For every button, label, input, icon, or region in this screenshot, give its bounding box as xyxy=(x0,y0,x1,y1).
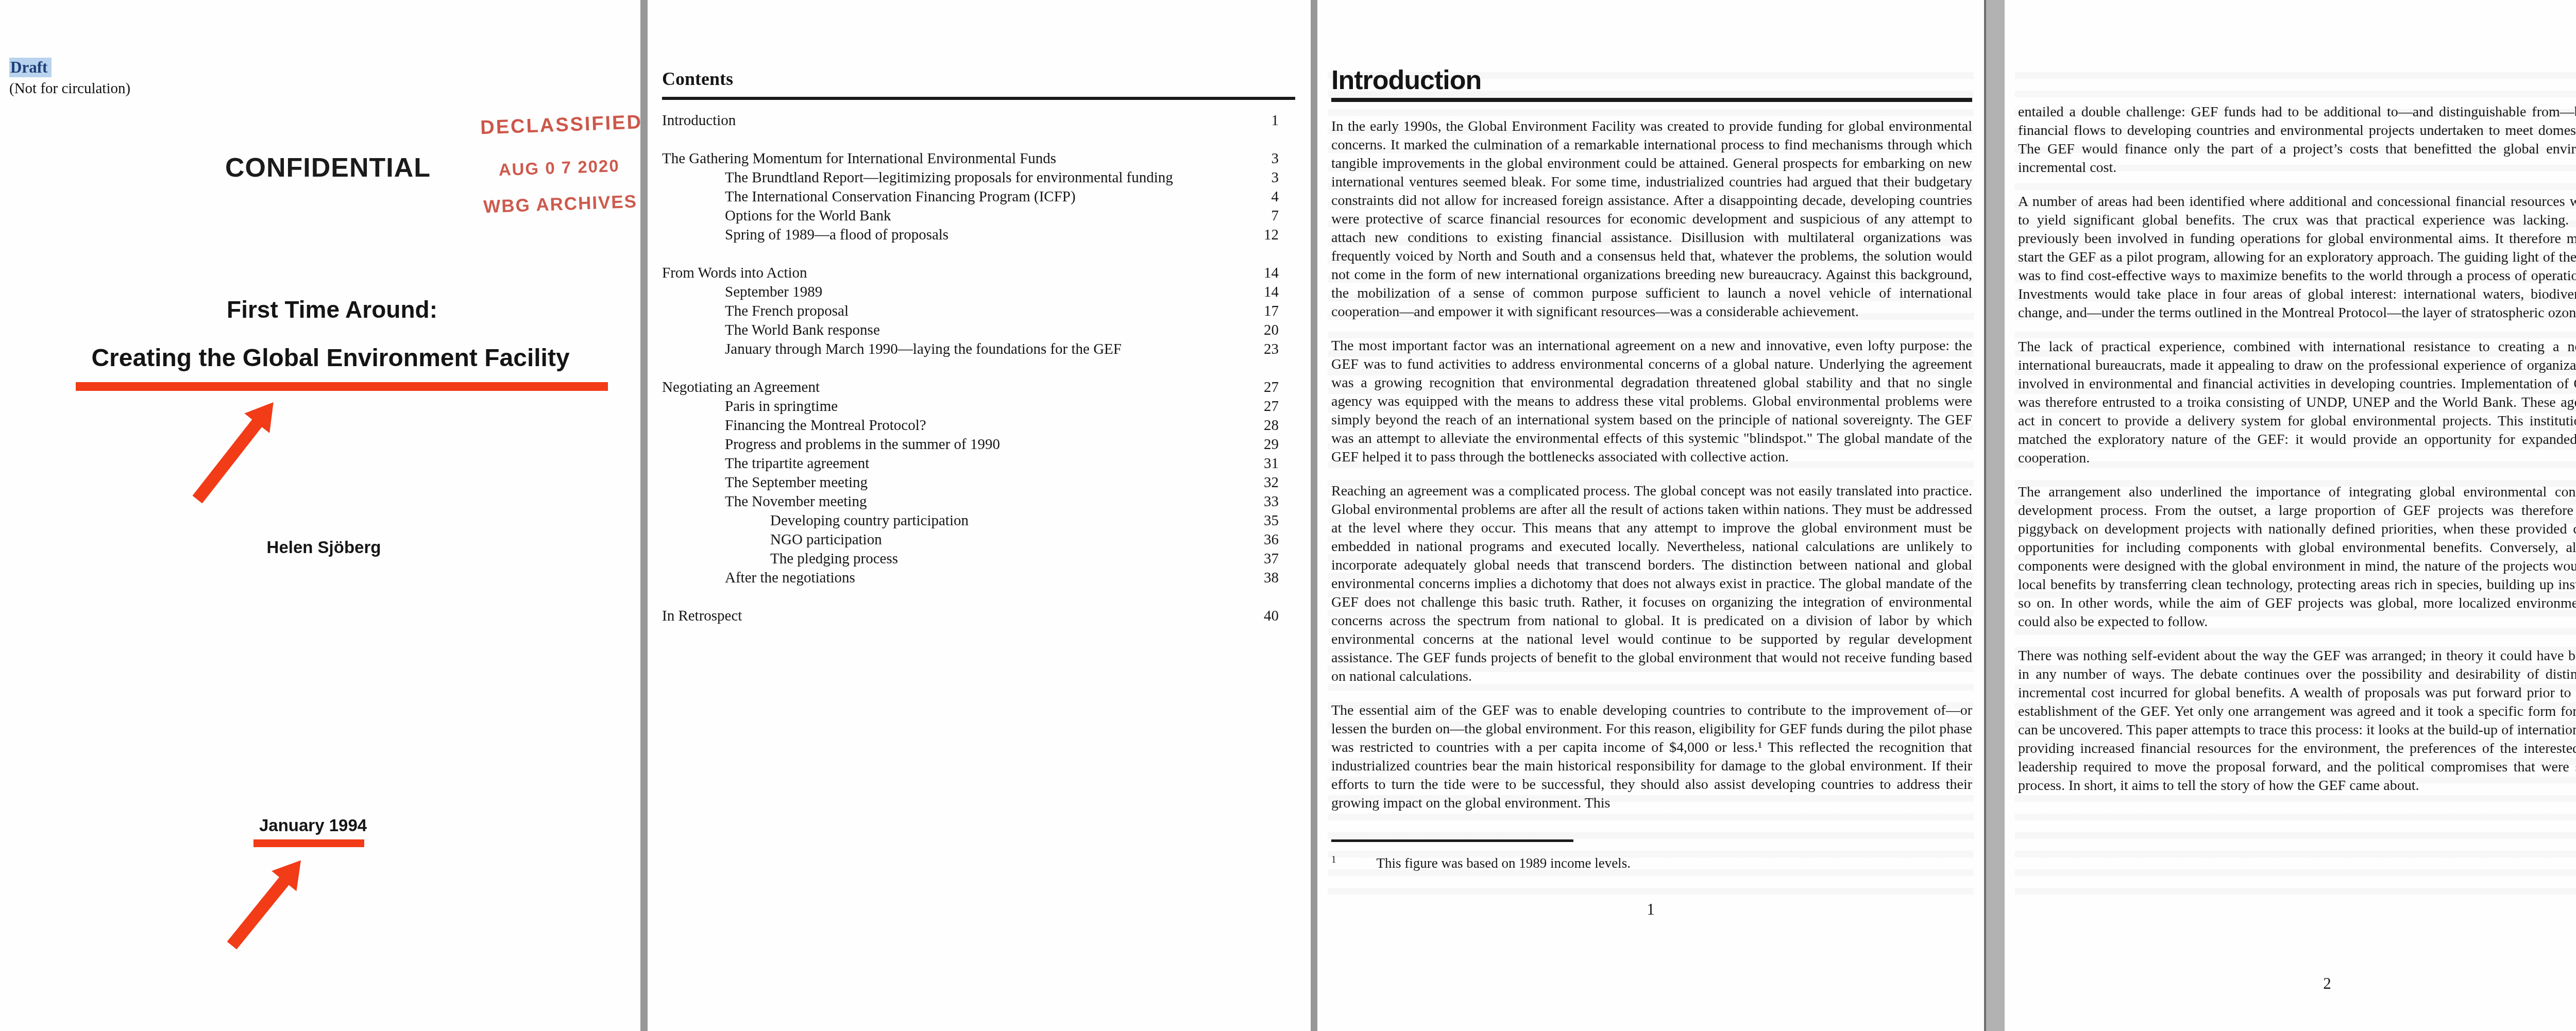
paragraph: The most important factor was an interna… xyxy=(1331,337,1972,467)
toc-page-number: 35 xyxy=(1232,511,1295,530)
toc-page-number: 28 xyxy=(1232,416,1295,435)
introduction-page-2: entailed a double challenge: GEF funds h… xyxy=(2005,0,2576,1031)
declassified-stamp-date: AUG 0 7 2020 xyxy=(482,156,637,180)
scanned-document-viewer: Draft (Not for circulation) CONFIDENTIAL… xyxy=(0,0,2576,1031)
declassified-stamp: DECLASSIFIED AUG 0 7 2020 WBG ARCHIVES xyxy=(480,112,638,217)
paragraph: entailed a double challenge: GEF funds h… xyxy=(2018,103,2576,177)
toc-entry: Progress and problems in the summer of 1… xyxy=(662,435,1295,454)
wbg-archives-stamp-text: WBG ARCHIVES xyxy=(483,192,638,217)
draft-label: Draft xyxy=(9,58,52,77)
paragraph: In the early 1990s, the Global Environme… xyxy=(1331,117,1972,321)
introduction-body: Introduction In the early 1990s, the Glo… xyxy=(1331,71,1972,813)
date-red-underline xyxy=(253,839,364,847)
toc-page-number: 1 xyxy=(1232,111,1295,130)
toc-entry: The pledging process37 xyxy=(662,549,1295,569)
introduction-page-1: Introduction In the early 1990s, the Glo… xyxy=(1317,0,1984,1031)
toc-page-number: 23 xyxy=(1232,340,1295,359)
introduction-heading: Introduction xyxy=(1331,71,1972,90)
page-number: 1 xyxy=(1317,900,1984,919)
toc-page-number: 40 xyxy=(1232,607,1295,626)
toc-page-number: 33 xyxy=(1232,492,1295,511)
toc-page-number: 7 xyxy=(1232,207,1295,226)
footnote-rule xyxy=(1331,839,1573,842)
toc-entry: Financing the Montreal Protocol?28 xyxy=(662,416,1295,435)
toc-page-number: 14 xyxy=(1232,264,1295,283)
paragraph: There was nothing self-evident about the… xyxy=(2018,647,2576,795)
paragraph: The arrangement also underlined the impo… xyxy=(2018,483,2576,631)
toc-page-number: 12 xyxy=(1232,226,1295,245)
toc-entry: The World Bank response20 xyxy=(662,321,1295,340)
toc-entry: Options for the World Bank7 xyxy=(662,207,1295,226)
title-line-1: First Time Around: xyxy=(0,296,640,323)
toc-entry: January through March 1990—laying the fo… xyxy=(662,340,1295,359)
toc-page-number: 14 xyxy=(1232,283,1295,302)
toc-entry: The November meeting33 xyxy=(662,492,1295,511)
toc-page-number: 31 xyxy=(1232,454,1295,473)
draft-block: Draft (Not for circulation) xyxy=(9,58,130,98)
toc-entry: The French proposal17 xyxy=(662,302,1295,321)
toc-entry: Spring of 1989—a flood of proposals12 xyxy=(662,226,1295,245)
page-separator xyxy=(640,0,648,1031)
toc-page-number: 3 xyxy=(1232,168,1295,187)
toc-entry: Paris in springtime27 xyxy=(662,397,1295,416)
footnote: 1This figure was based on 1989 income le… xyxy=(1331,854,1631,871)
toc-page-number: 27 xyxy=(1232,397,1295,416)
toc-entry: September 198914 xyxy=(662,283,1295,302)
toc-entry: Negotiating an Agreement27 xyxy=(662,378,1295,397)
toc-entry: The Gathering Momentum for International… xyxy=(662,149,1295,168)
title-line-2: Creating the Global Environment Facility xyxy=(0,344,640,372)
footnote-text: This figure was based on 1989 income lev… xyxy=(1377,855,1631,871)
toc-entry: After the negotiations38 xyxy=(662,569,1295,588)
contents-rule xyxy=(662,97,1295,100)
toc-page-number: 3 xyxy=(1232,149,1295,168)
toc-page-number: 32 xyxy=(1232,473,1295,492)
contents-page: Contents Introduction1 The Gathering Mom… xyxy=(648,0,1311,1031)
page-number: 2 xyxy=(2005,974,2576,993)
toc-entry: Introduction1 xyxy=(662,111,1295,130)
toc-page-number: 4 xyxy=(1232,187,1295,207)
introduction-rule xyxy=(1331,98,1972,102)
page-separator xyxy=(1311,0,1317,1031)
contents-heading: Contents xyxy=(662,68,1295,90)
toc-entry: The International Conservation Financing… xyxy=(662,187,1295,207)
paragraph: The essential aim of the GEF was to enab… xyxy=(1331,701,1972,813)
toc-page-number: 20 xyxy=(1232,321,1295,340)
paragraph: A number of areas had been identified wh… xyxy=(2018,193,2576,322)
toc-entry: The September meeting32 xyxy=(662,473,1295,492)
toc-entry: NGO participation36 xyxy=(662,530,1295,549)
footnote-marker: 1 xyxy=(1331,854,1336,865)
title-red-underline xyxy=(76,382,608,391)
toc-entry: In Retrospect40 xyxy=(662,607,1295,626)
toc-page-number: 27 xyxy=(1232,378,1295,397)
toc-entry: The Brundtland Report—legitimizing propo… xyxy=(662,168,1295,187)
red-arrow-to-title xyxy=(193,419,263,503)
table-of-contents: Contents Introduction1 The Gathering Mom… xyxy=(662,68,1295,626)
paragraph: Reaching an agreement was a complicated … xyxy=(1331,482,1972,686)
toc-entry: From Words into Action14 xyxy=(662,264,1295,283)
toc-page-number: 37 xyxy=(1232,549,1295,569)
toc-page-number: 38 xyxy=(1232,569,1295,588)
toc-page-number: 29 xyxy=(1232,435,1295,454)
author-name: Helen Sjöberg xyxy=(0,538,640,557)
toc-entry: The tripartite agreement31 xyxy=(662,454,1295,473)
red-arrow-to-date xyxy=(227,877,290,950)
publication-date: January 1994 xyxy=(259,816,367,835)
continuation-body: entailed a double challenge: GEF funds h… xyxy=(2018,103,2576,795)
declassified-stamp-text: DECLASSIFIED xyxy=(480,112,635,139)
paragraph: The lack of practical experience, combin… xyxy=(2018,338,2576,468)
toc-page-number: 17 xyxy=(1232,302,1295,321)
toc-page-number: 36 xyxy=(1232,530,1295,549)
not-for-circulation-label: (Not for circulation) xyxy=(9,79,130,98)
footnote-block: 1This figure was based on 1989 income le… xyxy=(1331,839,1631,871)
toc-entry: Developing country participation35 xyxy=(662,511,1295,530)
cover-page: Draft (Not for circulation) CONFIDENTIAL… xyxy=(0,0,640,1031)
